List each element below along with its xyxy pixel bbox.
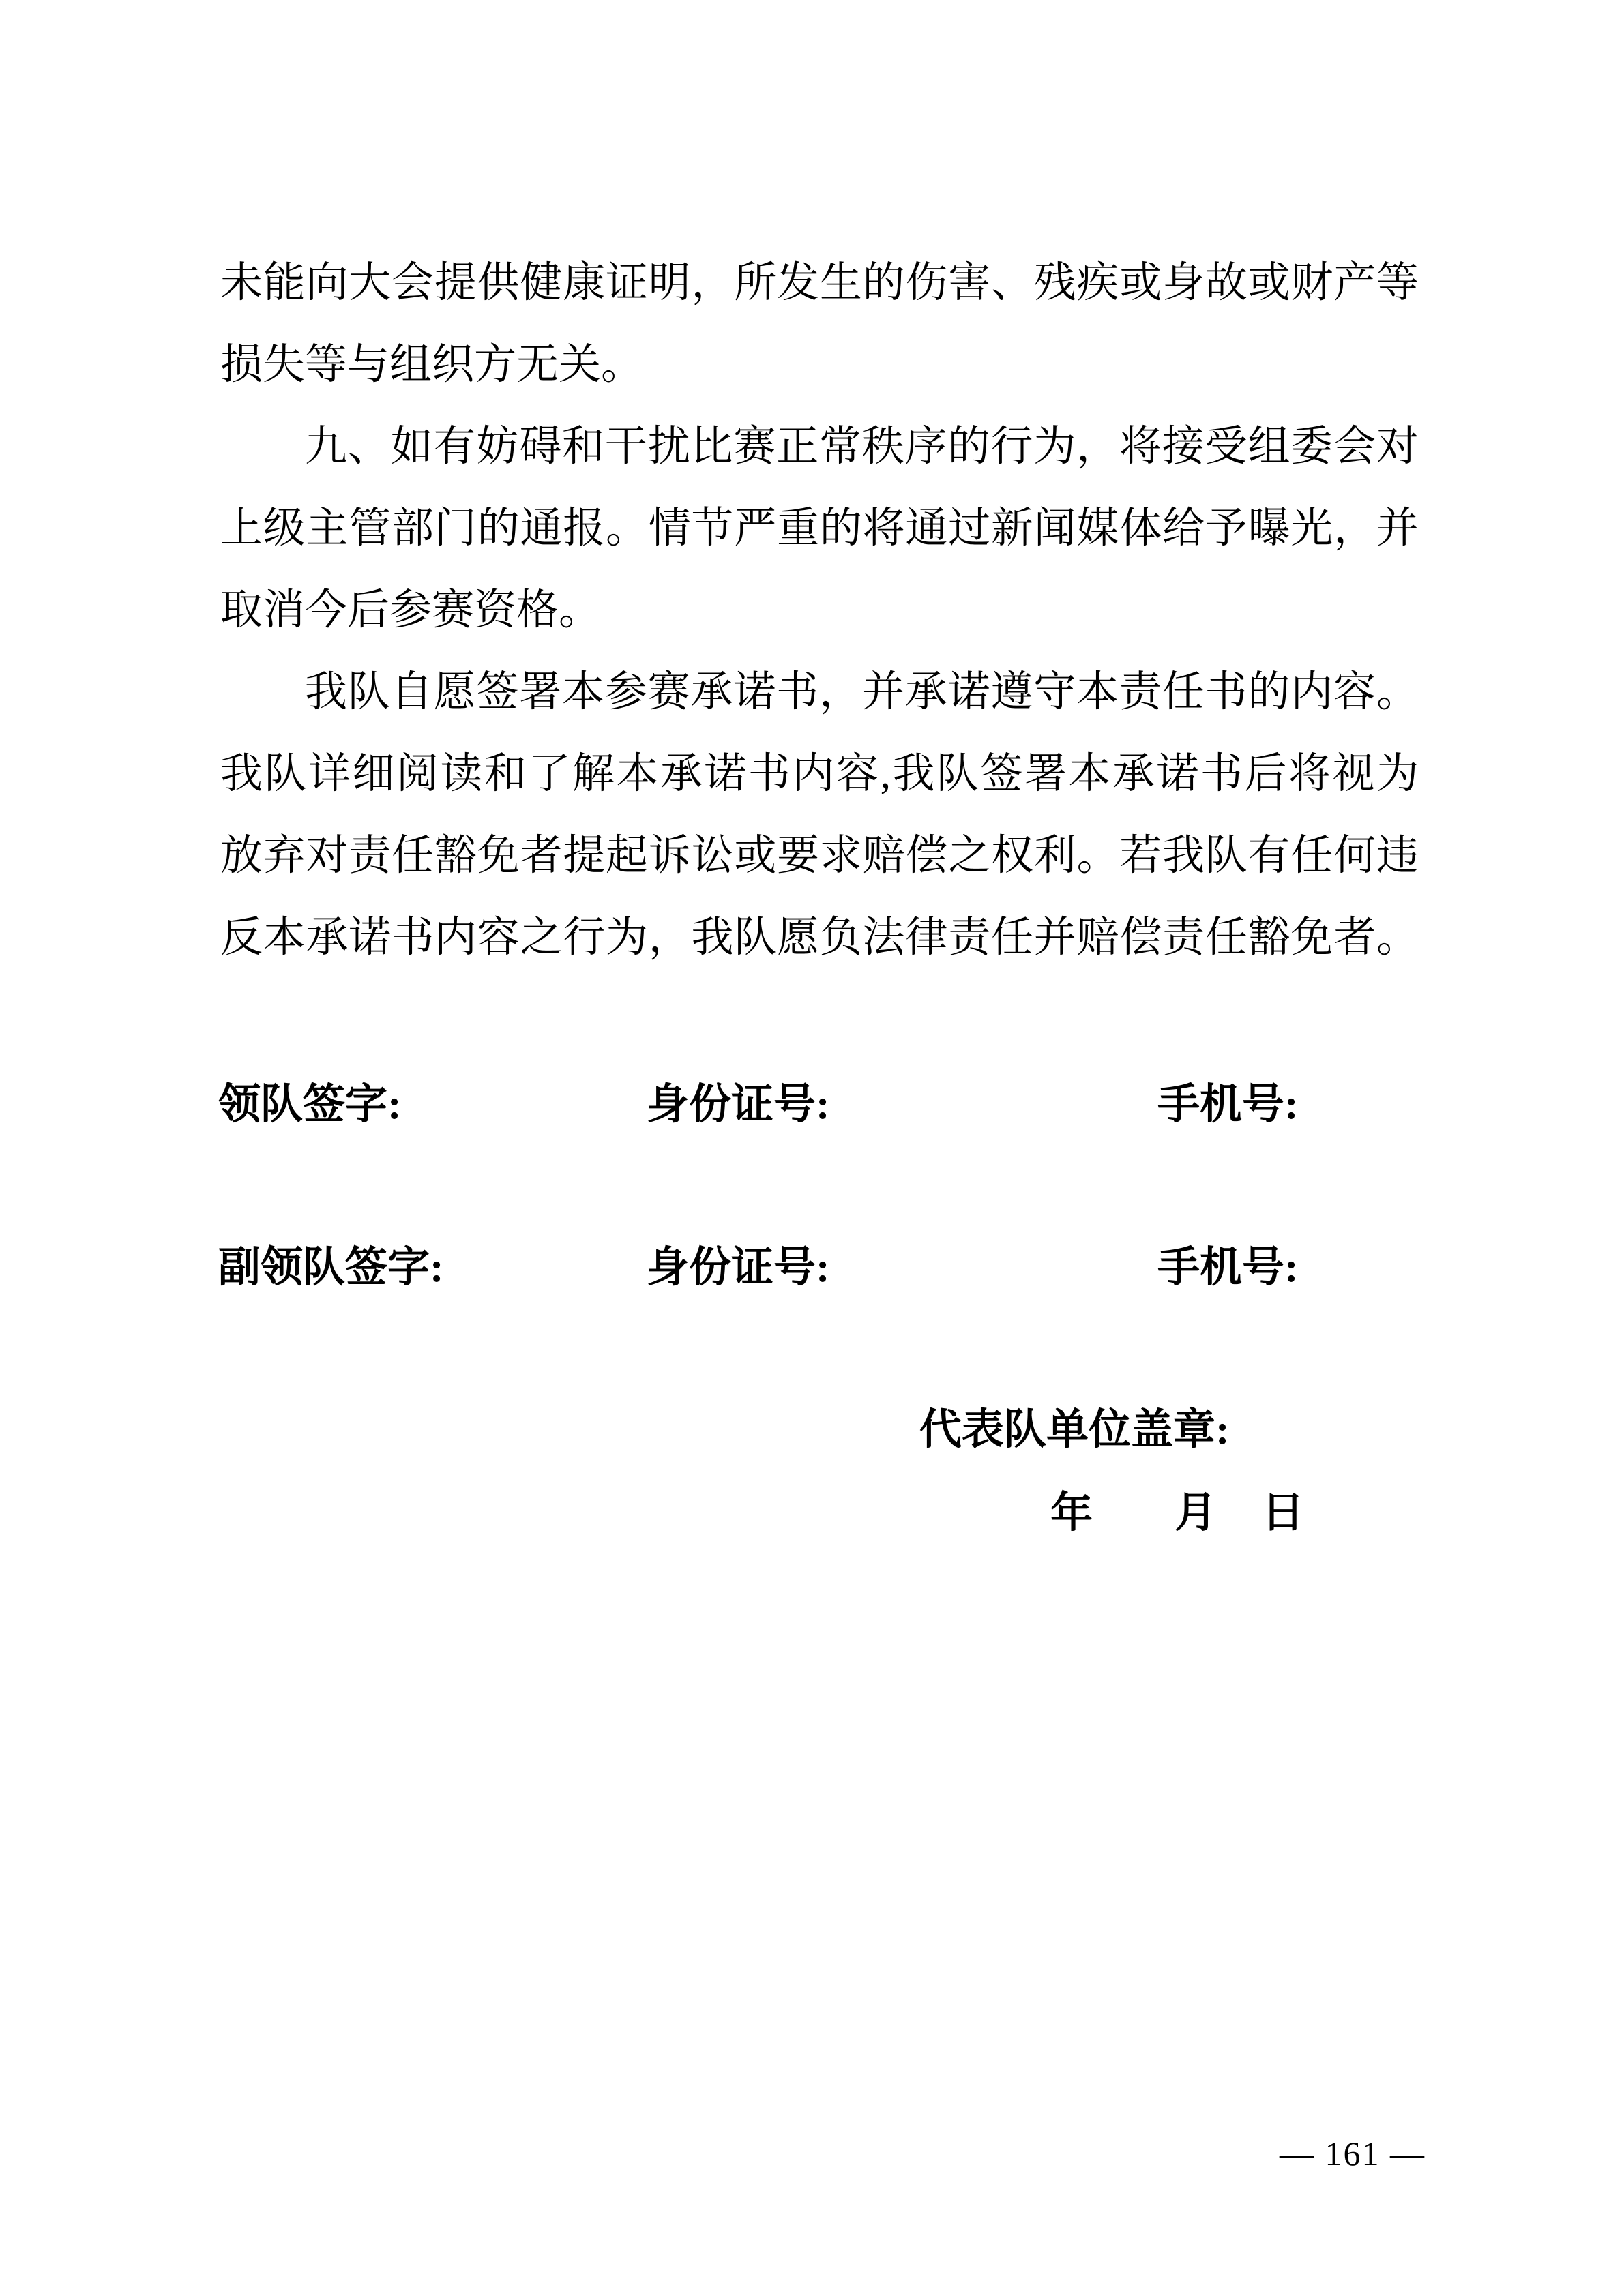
body-text: 未能向大会提供健康证明，所发生的伤害、残疾或身故或财产等 损失等与组织方无关。 … xyxy=(220,242,1419,979)
paragraph-line: 我队详细阅读和了解本承诺书内容,我队签署本承诺书后将视为 xyxy=(220,733,1419,815)
paragraph-line: 反本承诺书内容之行为，我队愿负法律责任并赔偿责任豁免者。 xyxy=(220,897,1419,979)
document-page: 未能向大会提供健康证明，所发生的伤害、残疾或身故或财产等 损失等与组织方无关。 … xyxy=(0,0,1624,2296)
id-number-label: 身份证号: xyxy=(647,1247,830,1289)
phone-number-label: 手机号: xyxy=(1157,1084,1299,1126)
id-number-label: 身份证号: xyxy=(647,1084,830,1126)
date-day-label: 日 xyxy=(1262,1492,1304,1534)
date-year-label: 年 xyxy=(1050,1492,1093,1534)
deputy-leader-signature-label: 副领队签字: xyxy=(218,1247,444,1289)
paragraph-line: 放弃对责任豁免者提起诉讼或要求赔偿之权利。若我队有任何违 xyxy=(220,815,1419,897)
page-number: — 161 — xyxy=(1280,2133,1426,2174)
paragraph-line: 我队自愿签署本参赛承诺书，并承诺遵守本责任书的内容。 xyxy=(220,651,1419,733)
date-line: 年 月 日 xyxy=(1050,1492,1304,1534)
phone-number-label: 手机号: xyxy=(1157,1247,1299,1289)
paragraph-line: 损失等与组织方无关。 xyxy=(220,324,1419,406)
paragraph-line: 九、如有妨碍和干扰比赛正常秩序的行为，将接受组委会对 xyxy=(220,406,1419,488)
unit-stamp-label: 代表队单位盖章: xyxy=(919,1409,1230,1451)
leader-signature-label: 领队签字: xyxy=(218,1084,402,1126)
date-month-label: 月 xyxy=(1175,1492,1217,1534)
paragraph-line: 取消今后参赛资格。 xyxy=(220,569,1419,651)
paragraph-line: 未能向大会提供健康证明，所发生的伤害、残疾或身故或财产等 xyxy=(220,242,1419,324)
paragraph-line: 上级主管部门的通报。情节严重的将通过新闻媒体给予曝光，并 xyxy=(220,488,1419,569)
